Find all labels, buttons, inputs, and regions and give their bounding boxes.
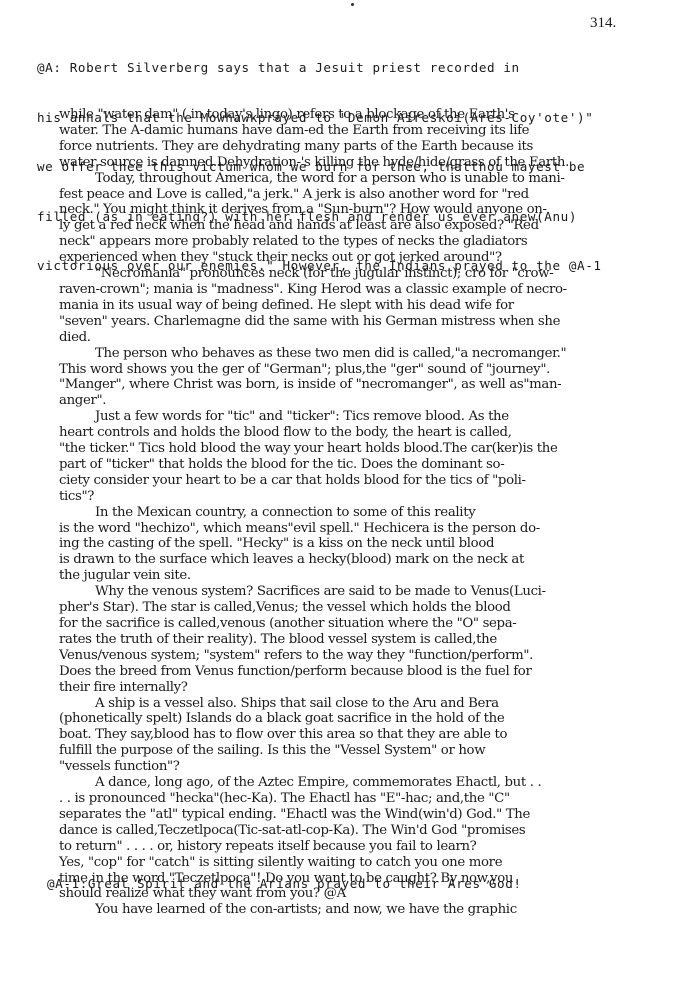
- text-line: Why the venous system? Sacrifices are sa…: [59, 584, 619, 600]
- text-line: mania in its usual way of being defined.…: [59, 298, 619, 314]
- body-text: while "water dam" ( in today's,lingo) re…: [59, 107, 619, 918]
- text-line: Yes, "cop" for "catch" is sitting silent…: [59, 855, 619, 871]
- paragraph: A ship is a vessel also. Ships that sail…: [59, 696, 619, 776]
- text-line: fulfill the purpose of the sailing. Is t…: [59, 743, 619, 759]
- text-line: neck." You might think it derives from a…: [59, 202, 619, 218]
- paragraph: You have learned of the con-artists; and…: [59, 902, 619, 918]
- text-line: "Manger", where Christ was born, is insi…: [59, 377, 619, 393]
- text-line: ing the casting of the spell. "Hecky" is…: [59, 536, 619, 552]
- text-line: (phonetically spelt) Islands do a black …: [59, 711, 619, 727]
- text-line: . . is pronounced "hecka"(hec-Ka). The E…: [59, 791, 619, 807]
- scan-speck: [351, 3, 354, 6]
- text-line: Venus/venous system; "system" refers to …: [59, 648, 619, 664]
- text-line: In the Mexican country, a connection to …: [59, 505, 619, 521]
- text-line: heart controls and holds the blood flow …: [59, 425, 619, 441]
- text-line: pher's Star). The star is called,Venus; …: [59, 600, 619, 616]
- text-line: died.: [59, 330, 619, 346]
- text-line: their fire internally?: [59, 680, 619, 696]
- text-line: tics"?: [59, 489, 619, 505]
- text-line: water. The A-damic humans have dam-ed th…: [59, 123, 619, 139]
- text-line: the jugular vein site.: [59, 568, 619, 584]
- paragraph: Just a few words for "tic" and "ticker":…: [59, 409, 619, 504]
- text-line: dance is called,Teczetlpoca(Tic-sat-atl-…: [59, 823, 619, 839]
- text-line: neck" appears more probably related to t…: [59, 234, 619, 250]
- text-line: "vessels function"?: [59, 759, 619, 775]
- paragraph: while "water dam" ( in today's,lingo) re…: [59, 107, 619, 171]
- text-line: raven-crown"; mania is "madness". King H…: [59, 282, 619, 298]
- text-line: Does the breed from Venus function/perfo…: [59, 664, 619, 680]
- text-line: Today, throughout America, the word for …: [59, 171, 619, 187]
- text-line: A ship is a vessel also. Ships that sail…: [59, 696, 619, 712]
- text-line: while "water dam" ( in today's,lingo) re…: [59, 107, 619, 123]
- text-line: "the ticker." Tics hold blood the way yo…: [59, 441, 619, 457]
- text-line: force nutrients. They are dehydrating ma…: [59, 139, 619, 155]
- header-note-line: @A: Robert Silverberg says that a Jesuit…: [37, 60, 602, 77]
- text-line: "Necromania" pronounces neck (for the ju…: [59, 266, 619, 282]
- text-line: for the sacrifice is called,venous (anot…: [59, 616, 619, 632]
- paragraph: "Necromania" pronounces neck (for the ju…: [59, 266, 619, 346]
- paragraph: In the Mexican country, a connection to …: [59, 505, 619, 585]
- text-line: "seven" years. Charlemagne did the same …: [59, 314, 619, 330]
- text-line: ly get a red neck when the head and hand…: [59, 218, 619, 234]
- text-line: is drawn to the surface which leaves a h…: [59, 552, 619, 568]
- text-line: This word shows you the ger of "German";…: [59, 362, 619, 378]
- text-line: fest peace and Love is called,"a jerk." …: [59, 187, 619, 203]
- paragraph: The person who behaves as these two men …: [59, 346, 619, 410]
- text-line: rates the truth of their reality). The b…: [59, 632, 619, 648]
- document-page: 314. @A: Robert Silverberg says that a J…: [0, 0, 683, 982]
- text-line: anger".: [59, 393, 619, 409]
- text-line: to return" . . . . or, history repeats i…: [59, 839, 619, 855]
- text-line: water source is damned.Dehydration-'s ki…: [59, 155, 619, 171]
- text-line: Just a few words for "tic" and "ticker":…: [59, 409, 619, 425]
- footer-note: @A-1:Great Spirit and the Arians prayed …: [47, 876, 522, 893]
- text-line: ciety consider your heart to be a car th…: [59, 473, 619, 489]
- text-line: boat. They say,blood has to flow over th…: [59, 727, 619, 743]
- text-line: A dance, long ago, of the Aztec Empire, …: [59, 775, 619, 791]
- text-line: The person who behaves as these two men …: [59, 346, 619, 362]
- text-line: part of "ticker" that holds the blood fo…: [59, 457, 619, 473]
- paragraph: Today, throughout America, the word for …: [59, 171, 619, 266]
- paragraph: Why the venous system? Sacrifices are sa…: [59, 584, 619, 695]
- text-line: is the word "hechizo", which means"evil …: [59, 521, 619, 537]
- text-line: You have learned of the con-artists; and…: [59, 902, 619, 918]
- text-line: separates the "atl" typical ending. "Eha…: [59, 807, 619, 823]
- text-line: experienced when they "stuck their necks…: [59, 250, 619, 266]
